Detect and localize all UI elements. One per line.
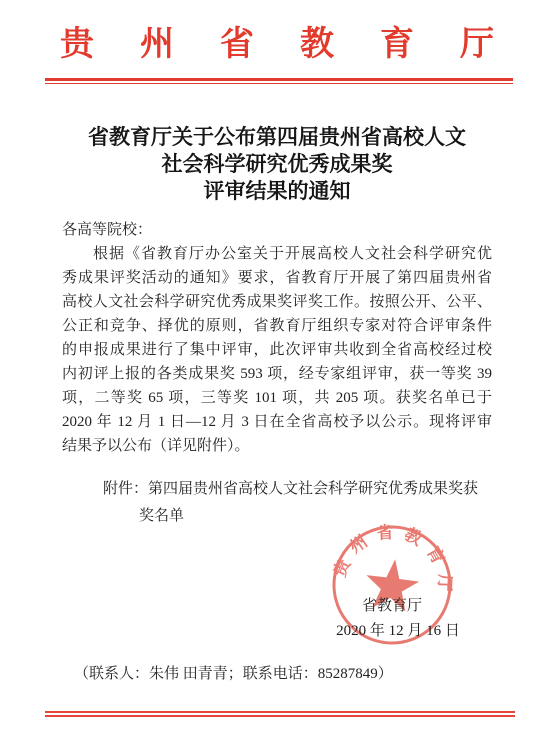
body-line: 根据《省教育厅办公室关于开展高校人文社会科学研究优 <box>62 242 492 266</box>
official-notice-page: 贵州省教育厅 省教育厅关于公布第四届贵州省高校人文 社会科学研究优秀成果奖 评审… <box>0 0 554 747</box>
salutation: 各高等院校： <box>62 218 492 242</box>
body-line: 高校人文社会科学研究优秀成果奖评奖工作。按照公开、公平、 <box>62 290 492 314</box>
body-line: 项，二等奖 65 项，三等奖 101 项，共 205 项。获奖名单已于 <box>62 386 492 410</box>
title-line-2: 社会科学研究优秀成果奖 <box>0 151 554 178</box>
body-line: 的申报成果进行了集中评审，此次评审共收到全省高校经过校 <box>62 338 492 362</box>
attachment-line-1: 附件：第四届贵州省高校人文社会科学研究优秀成果奖获 <box>62 476 492 503</box>
agency-letterhead: 贵州省教育厅 <box>0 26 554 64</box>
title-line-1: 省教育厅关于公布第四届贵州省高校人文 <box>0 124 554 151</box>
attachment-note: 附件：第四届贵州省高校人文社会科学研究优秀成果奖获 奖名单 <box>62 476 492 530</box>
issuing-authority-signature: 省教育厅 <box>330 597 454 615</box>
title-line-3: 评审结果的通知 <box>0 178 554 205</box>
footer-divider <box>45 711 515 717</box>
body-line: 秀成果评奖活动的通知》要求，省教育厅开展了第四届贵州省 <box>62 266 492 290</box>
letterhead-divider <box>45 78 513 84</box>
issue-date: 2020 年 12 月 16 日 <box>316 622 480 640</box>
body-line: 内初评上报的各类成果奖 593 项，经专家组评审，获一等奖 39 <box>62 362 492 386</box>
document-body: 各高等院校： 根据《省教育厅办公室关于开展高校人文社会科学研究优 秀成果评奖活动… <box>62 218 492 458</box>
contact-info: （联系人：朱伟 田青青；联系电话：85287849） <box>74 665 393 683</box>
body-line: 公正和竞争、择优的原则，省教育厅组织专家对符合评审条件 <box>62 314 492 338</box>
body-line: 2020 年 12 月 1 日—12 月 3 日在全省高校予以公示。现将评审 <box>62 410 492 434</box>
body-line: 结果予以公布（详见附件）。 <box>62 434 492 458</box>
document-title: 省教育厅关于公布第四届贵州省高校人文 社会科学研究优秀成果奖 评审结果的通知 <box>0 124 554 205</box>
